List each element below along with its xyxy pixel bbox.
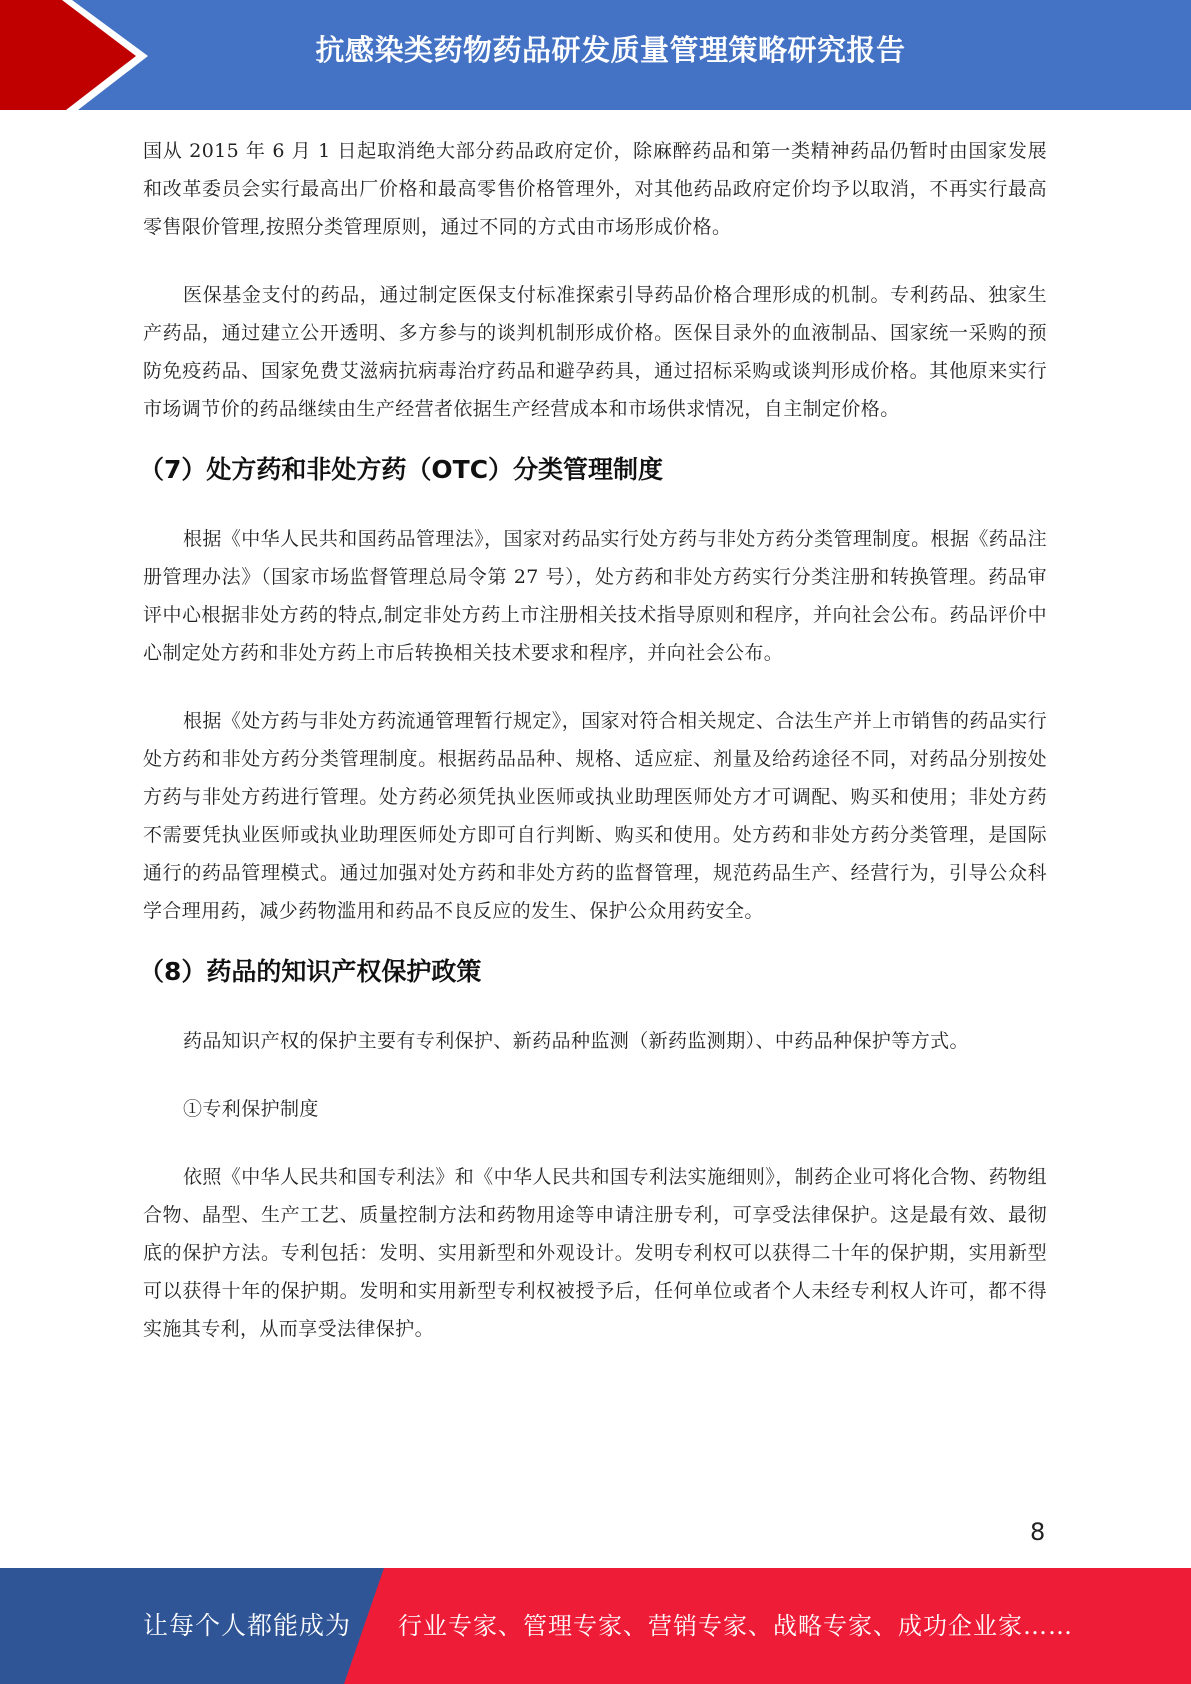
section-heading-7: （7）处方药和非处方药（OTC）分类管理制度	[139, 450, 1047, 490]
report-title: 抗感染类药物药品研发质量管理策略研究报告	[0, 0, 1191, 100]
page-number: 8	[1030, 1518, 1045, 1546]
paragraph-pricing-policy: 国从 2015 年 6 月 1 日起取消绝大部分药品政府定价，除麻醉药品和第一类…	[143, 132, 1047, 246]
paragraph-ip-overview: 药品知识产权的保护主要有专利保护、新药品种监测（新药监测期）、中药品种保护等方式…	[143, 1022, 1047, 1060]
subheading-patent-system: ①专利保护制度	[143, 1090, 1047, 1128]
section-heading-8: （8）药品的知识产权保护政策	[139, 952, 1047, 992]
paragraph-medical-insurance: 医保基金支付的药品，通过制定医保支付标准探索引导药品价格合理形成的机制。专利药品…	[143, 276, 1047, 428]
paragraph-patent-law: 依照《中华人民共和国专利法》和《中华人民共和国专利法实施细则》，制药企业可将化合…	[143, 1158, 1047, 1348]
page-header: 抗感染类药物药品研发质量管理策略研究报告	[0, 0, 1191, 110]
footer-slogan-left: 让每个人都能成为	[143, 1568, 351, 1684]
paragraph-otc-law: 根据《中华人民共和国药品管理法》，国家对药品实行处方药与非处方药分类管理制度。根…	[143, 520, 1047, 672]
paragraph-otc-circulation: 根据《处方药与非处方药流通管理暂行规定》，国家对符合相关规定、合法生产并上市销售…	[143, 702, 1047, 930]
page-footer: 让每个人都能成为 行业专家、管理专家、营销专家、战略专家、成功企业家……	[0, 1568, 1191, 1684]
document-body: 国从 2015 年 6 月 1 日起取消绝大部分药品政府定价，除麻醉药品和第一类…	[143, 132, 1047, 1348]
footer-slogan-right: 行业专家、管理专家、营销专家、战略专家、成功企业家……	[398, 1568, 1073, 1684]
